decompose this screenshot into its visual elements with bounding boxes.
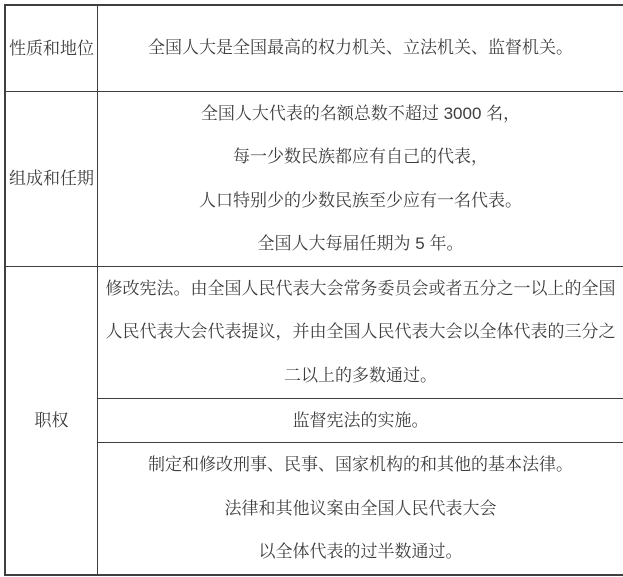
cell-composition-term: 全国人大代表的名额总数不超过 3000 名， 每一少数民族都应有自己的代表， 人… (98, 91, 623, 266)
cell-powers-amend-constitution: 修改宪法。由全国人民代表大会常务委员会或者五分之一以上的全国 人民代表大会代表提… (98, 266, 623, 398)
cell-nature-status: 全国人大是全国最高的权力机关、立法机关、监督机关。 (98, 5, 623, 91)
npc-info-table: 性质和地位 全国人大是全国最高的权力机关、立法机关、监督机关。 组成和任期 全国… (4, 4, 623, 576)
cell-text-line: 人口特别少的少数民族至少应有一名代表。 (98, 179, 623, 223)
cell-text-line: 全国人大每届任期为 5 年。 (98, 222, 623, 266)
cell-text-line: 二以上的多数通过。 (98, 354, 623, 398)
table-row-powers-supervise: 监督宪法的实施。 (5, 398, 623, 443)
table-row-composition-term: 组成和任期 全国人大代表的名额总数不超过 3000 名， 每一少数民族都应有自己… (5, 91, 623, 266)
cell-text-line: 全国人大代表的名额总数不超过 3000 名， (98, 92, 623, 136)
cell-text-line: 以全体代表的过半数通过。 (98, 530, 623, 574)
cell-text-line: 人民代表大会代表提议，并由全国人民代表大会以全体代表的三分之 (98, 310, 623, 354)
table-row-powers-amend: 职权 修改宪法。由全国人民代表大会常务委员会或者五分之一以上的全国 人民代表大会… (5, 266, 623, 398)
cell-text-line: 监督宪法的实施。 (98, 399, 623, 443)
cell-text-line: 制定和修改刑事、民事、国家机构的和其他的基本法律。 (98, 443, 623, 487)
cell-powers-supervise-constitution: 监督宪法的实施。 (98, 398, 623, 443)
cell-text-line: 修改宪法。由全国人民代表大会常务委员会或者五分之一以上的全国 (98, 267, 623, 311)
table-row-nature-status: 性质和地位 全国人大是全国最高的权力机关、立法机关、监督机关。 (5, 5, 623, 91)
cell-text-line: 每一少数民族都应有自己的代表， (98, 135, 623, 179)
table-row-powers-legislate: 制定和修改刑事、民事、国家机构的和其他的基本法律。 法律和其他议案由全国人民代表… (5, 443, 623, 575)
cell-text-line: 法律和其他议案由全国人民代表大会 (98, 487, 623, 531)
row-label-composition-term: 组成和任期 (5, 91, 98, 266)
row-label-powers: 职权 (5, 266, 98, 575)
cell-powers-enact-laws: 制定和修改刑事、民事、国家机构的和其他的基本法律。 法律和其他议案由全国人民代表… (98, 443, 623, 575)
cell-text-line: 全国人大是全国最高的权力机关、立法机关、监督机关。 (98, 26, 623, 70)
row-label-nature-status: 性质和地位 (5, 5, 98, 91)
